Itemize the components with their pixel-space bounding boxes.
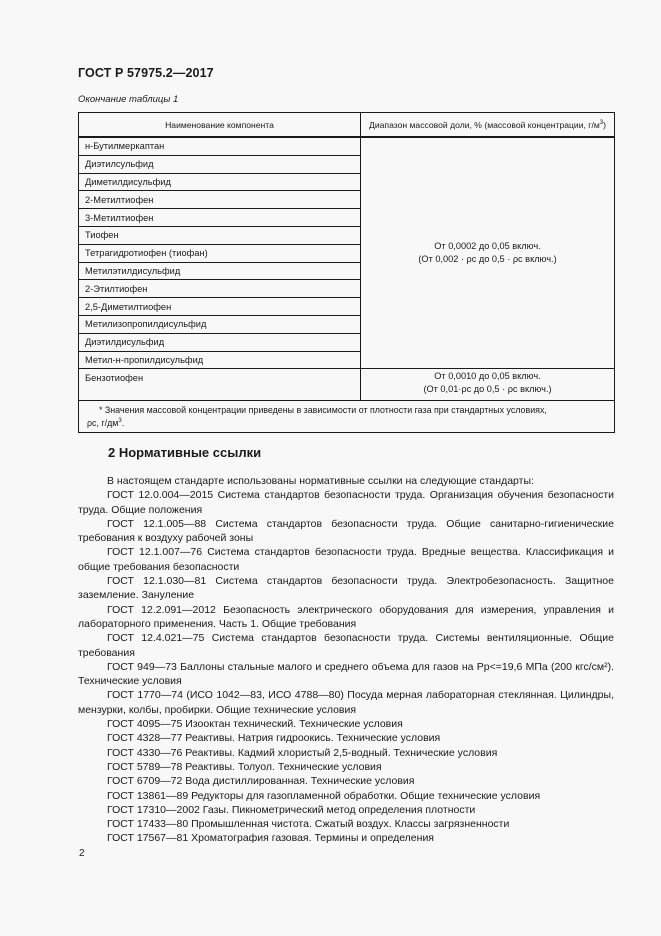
table-caption: Окончание таблицы 1 [78,94,178,105]
reference-item: ГОСТ 6709—72 Вода дистиллированная. Техн… [78,774,614,788]
footnote-end: . [122,418,124,428]
table-row-benzothiophene: Бензотиофен От 0,0010 до 0,05 включ. (От… [79,369,615,401]
reference-item: ГОСТ 12.1.007—76 Система стандартов безо… [78,545,614,574]
column-header-range-end: ) [603,120,606,130]
reference-item: ГОСТ 12.1.005—88 Система стандартов безо… [78,517,614,546]
component-name: 3-Метилтиофен [79,209,361,227]
reference-item: ГОСТ 4095—75 Изооктан технический. Техни… [78,717,614,731]
reference-item: ГОСТ 17433—80 Промышленная чистота. Сжат… [78,817,614,831]
component-name: Метил-н-пропилдисульфид [79,351,361,369]
table-header-row: Наименование компонента Диапазон массово… [79,113,615,138]
component-name: Бензотиофен [79,369,361,401]
reference-item: ГОСТ 5789—78 Реактивы. Толуол. Техническ… [78,760,614,774]
column-header-component: Наименование компонента [79,113,361,138]
component-name: Метилизопропилдисульфид [79,315,361,333]
reference-item: ГОСТ 12.2.091—2012 Безопасность электрич… [78,603,614,632]
column-header-range: Диапазон массовой доли, % (массовой конц… [361,113,615,138]
column-header-range-text: Диапазон массовой доли, % (массовой конц… [369,120,600,130]
component-name: Тетрагидротиофен (тиофан) [79,244,361,262]
table-footnote-row: * Значения массовой концентрации приведе… [79,401,615,433]
component-name: Тиофен [79,226,361,244]
range-cell: От 0,0010 до 0,05 включ. (От 0,01·ρc до … [361,369,615,401]
table-row: н-Бутилмеркаптан От 0,0002 до 0,05 включ… [79,137,615,155]
reference-item: ГОСТ 12.0.004—2015 Система стандартов бе… [78,488,614,517]
reference-item: ГОСТ 17567—81 Хроматография газовая. Тер… [78,831,614,845]
component-name: 2-Этилтиофен [79,280,361,298]
footnote-line2: ρc, г/дм3. [87,417,606,430]
reference-item: ГОСТ 949—73 Баллоны стальные малого и ср… [78,660,614,689]
table-footnote: * Значения массовой концентрации приведе… [79,401,615,433]
page-number: 2 [79,848,85,859]
reference-item: ГОСТ 1770—74 (ИСО 1042—83, ИСО 4788—80) … [78,688,614,717]
range-cell-group: От 0,0002 до 0,05 включ. (От 0,002 · ρc … [361,137,615,369]
component-name: Диэтилсульфид [79,155,361,173]
component-name: Метилэтилдисульфид [79,262,361,280]
reference-item: ГОСТ 4328—77 Реактивы. Натрия гидроокись… [78,731,614,745]
range-line1: От 0,0002 до 0,05 включ. [367,240,608,253]
reference-item: ГОСТ 12.1.030—81 Система стандартов безо… [78,574,614,603]
range-line2: (От 0,01·ρc до 0,5 · ρc включ.) [367,383,608,396]
component-name: Диэтилдисульфид [79,333,361,351]
component-name: 2-Метилтиофен [79,191,361,209]
range-line2: (От 0,002 · ρc до 0,5 · ρc включ.) [367,253,608,266]
reference-item: ГОСТ 12.4.021—75 Система стандартов безо… [78,631,614,660]
component-name: 2,5-Диметилтиофен [79,298,361,316]
component-name: н-Бутилмеркаптан [79,137,361,155]
reference-item: ГОСТ 17310—2002 Газы. Пикнометрический м… [78,803,614,817]
section-title: 2 Нормативные ссылки [108,445,261,460]
section-intro: В настоящем стандарте использованы норма… [78,474,614,488]
footnote-line2-text: ρc, г/дм [87,418,118,428]
range-line1: От 0,0010 до 0,05 включ. [367,370,608,383]
section-body: В настоящем стандарте использованы норма… [78,474,614,846]
reference-item: ГОСТ 13861—89 Редукторы для газопламенно… [78,789,614,803]
footnote-line1: * Значения массовой концентрации приведе… [87,404,606,417]
component-name: Диметилдисульфид [79,173,361,191]
reference-item: ГОСТ 4330—76 Реактивы. Кадмий хлористый … [78,746,614,760]
document-header-id: ГОСТ Р 57975.2—2017 [78,66,214,80]
components-table: Наименование компонента Диапазон массово… [78,112,615,433]
